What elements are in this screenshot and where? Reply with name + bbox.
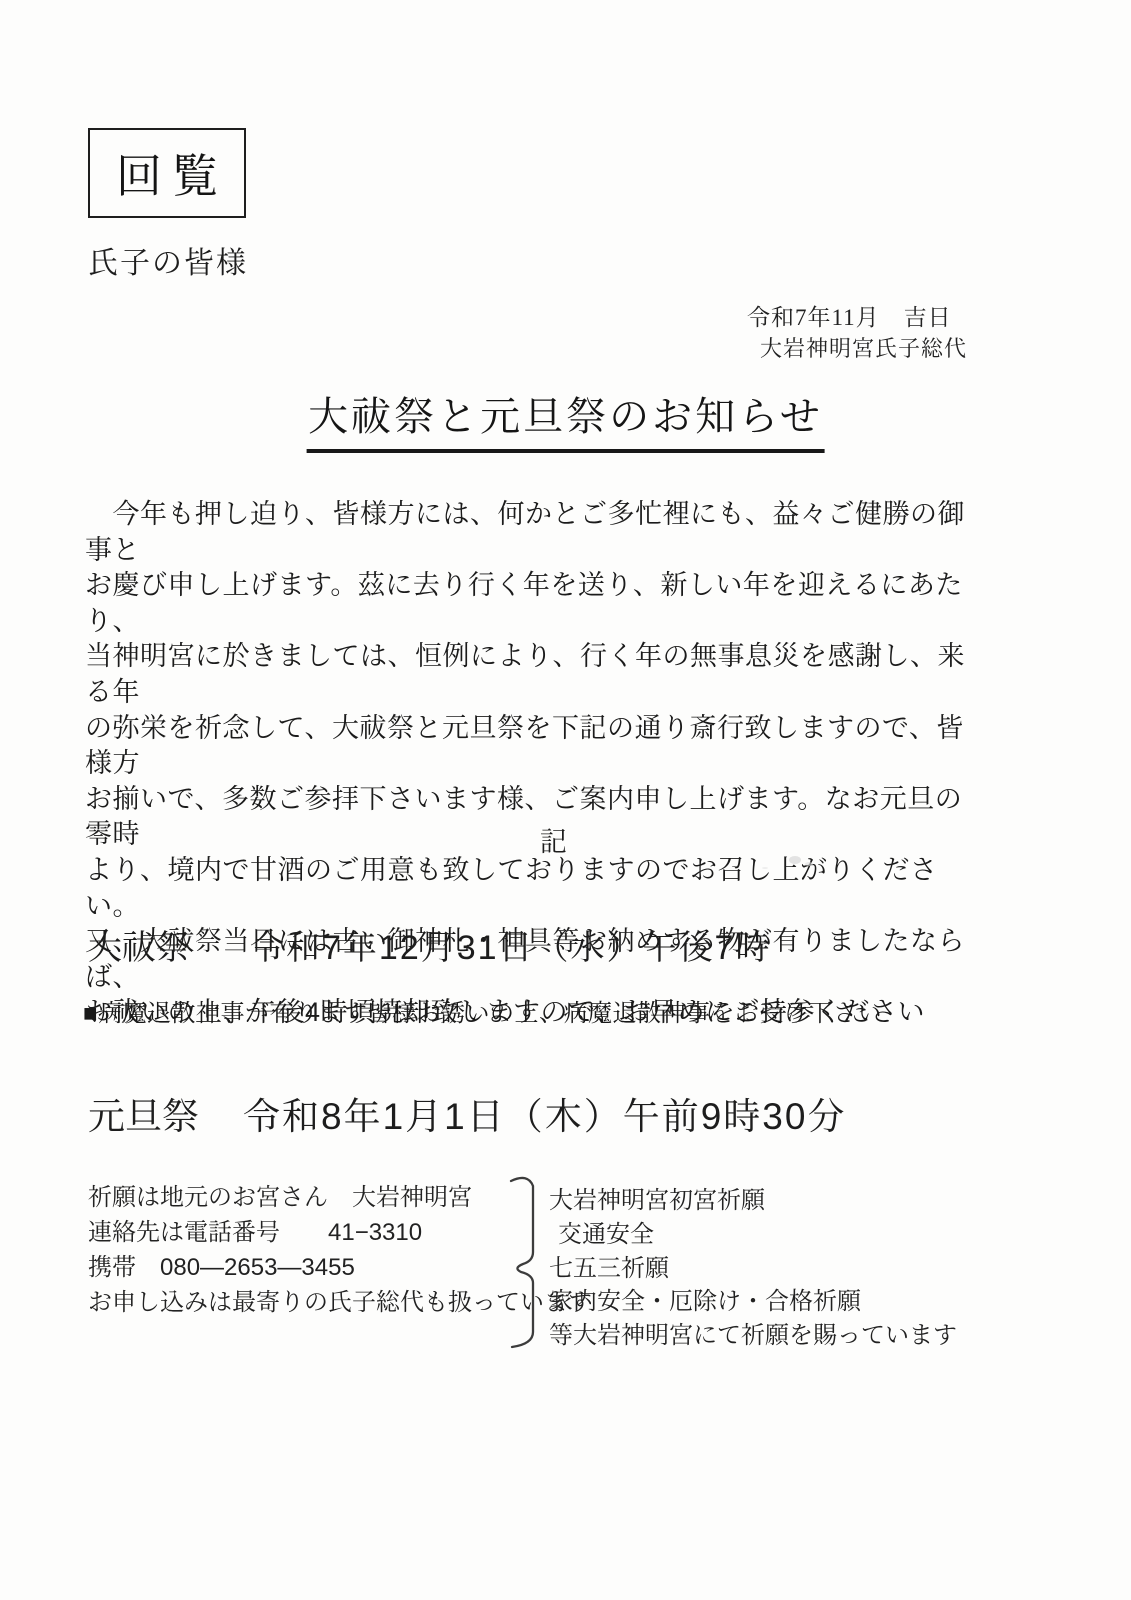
event-datetime-gantan: 令和8年1月1日（木）午前9時30分 bbox=[243, 1086, 846, 1140]
byoma-taisan-note: ■病魔退散神事が有ります皆様お誘いの上、病魔退散神事をお受け下さい bbox=[83, 993, 882, 1028]
prayer-list-block: 大岩神明宮初宮祈願 交通安全 七五三祈願 家内安全・厄除け・合格祈願 等大岩神明… bbox=[549, 1184, 957, 1353]
hand-drawn-brace-divider bbox=[500, 1168, 548, 1356]
event-name-oharae: 大祓祭 bbox=[88, 920, 190, 969]
scanned-notice-page: 回覧 氏子の皆様 令和7年11月 吉日 大岩神明宮氏子総代 大祓祭と元旦祭のお知… bbox=[0, 0, 1131, 1600]
event-name-gantan: 元旦祭 bbox=[88, 1086, 199, 1140]
prayer-line-kanai-anzen: 家内安全・厄除け・合格祈願 bbox=[549, 1285, 957, 1319]
circulation-stamp-box: 回覧 bbox=[88, 128, 246, 218]
issuer-name: 大岩神明宮氏子総代 bbox=[760, 332, 967, 363]
prayer-line-kotsu-anzen: 交通安全 bbox=[549, 1218, 957, 1252]
issue-date: 令和7年11月 吉日 bbox=[747, 299, 952, 332]
addressee-line: 氏子の皆様 bbox=[88, 238, 248, 282]
prayer-line-closing: 等大岩神明宮にて祈願を賜っています bbox=[549, 1319, 957, 1353]
scan-smudge-artifact bbox=[789, 856, 801, 864]
record-marker: 記 bbox=[540, 820, 568, 859]
prayer-line-hatsumiya: 大岩神明宮初宮祈願 bbox=[549, 1184, 957, 1218]
document-title: 大祓祭と元旦祭のお知らせ bbox=[306, 385, 825, 453]
prayer-line-shichigosan: 七五三祈願 bbox=[549, 1252, 957, 1286]
event-datetime-oharae: 令和7年12月31日（水）午後7時 bbox=[250, 920, 771, 969]
circulation-stamp-label: 回覧 bbox=[106, 140, 228, 206]
